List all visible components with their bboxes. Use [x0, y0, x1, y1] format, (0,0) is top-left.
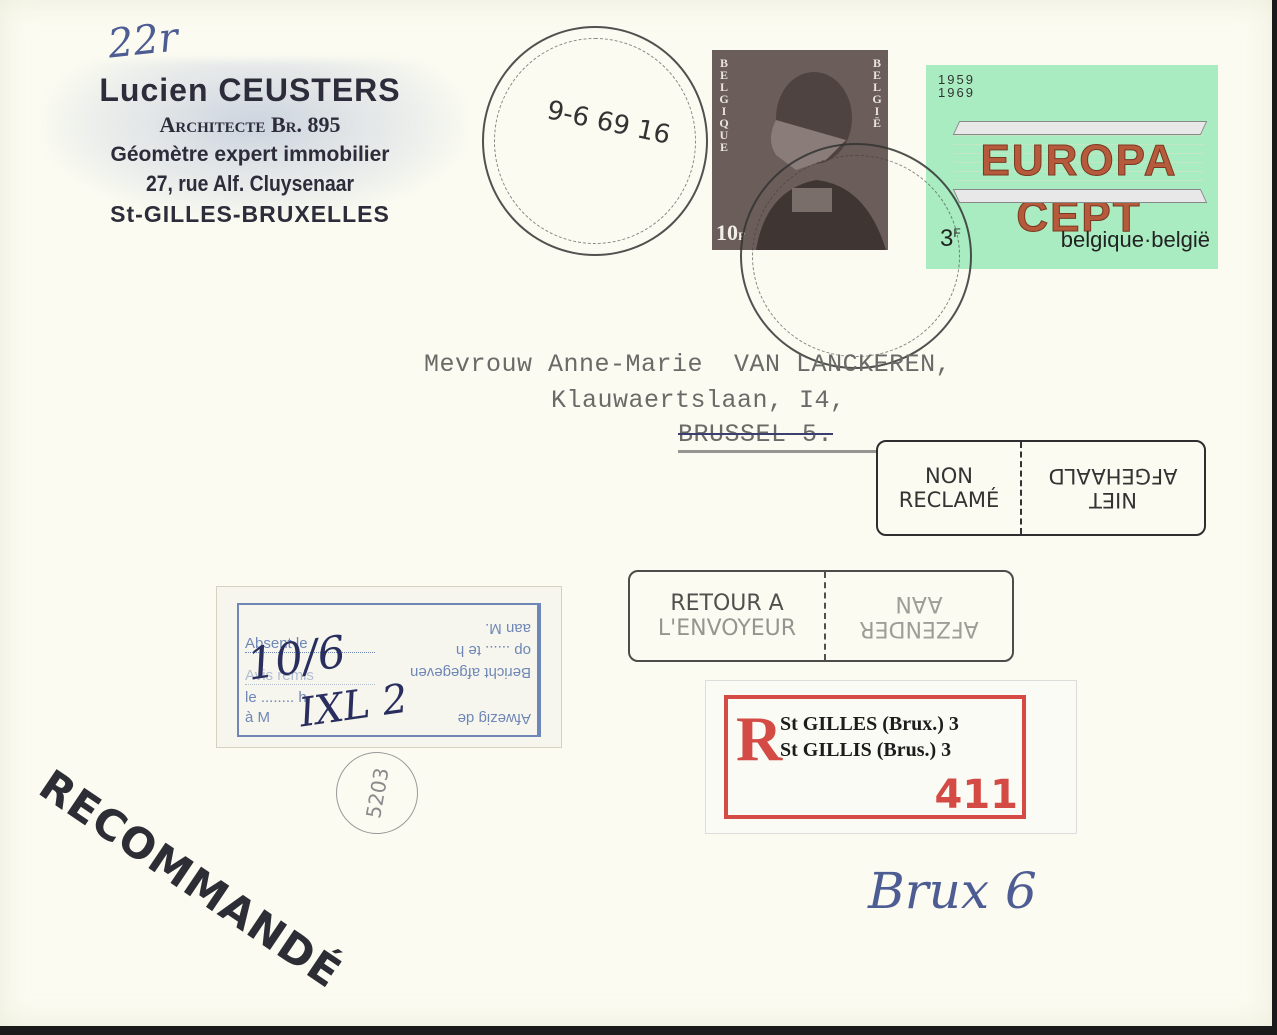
- stamp-years: 19591969: [938, 73, 975, 99]
- sender-address: 27, rue Alf. Cluysenaar: [70, 173, 431, 195]
- sender-stamp: Lucien CEUSTERS Architecte Br. 895 Géomè…: [45, 60, 455, 226]
- cachet-retour-envoyeur: RETOUR A L'ENVOYEUR AFZENDER AAN: [628, 570, 1014, 662]
- registration-label: R St GILLES (Brux.) 3 St GILLIS (Brus.) …: [705, 680, 1077, 834]
- temple-base-icon: [953, 189, 1208, 203]
- cachet-text: RETOUR A: [670, 591, 783, 616]
- cachet-non-reclame: NON RECLAMÉ NIET AFGEHAALD: [876, 440, 1206, 536]
- registration-letter: R: [736, 707, 782, 771]
- recipient-line-2: Klauwaertslaan, I4,: [551, 386, 846, 415]
- recipient-line-1: Mevrouw Anne-Marie VAN LANCKEREN,: [424, 350, 951, 379]
- stamp-europa-word: EUROPA CEPT: [954, 133, 1204, 189]
- recipient-line-3-struck: BRUSSEL 5.: [678, 420, 833, 449]
- cachet-text: AFGEHAALD: [1049, 464, 1178, 488]
- struck-underline: [678, 450, 878, 453]
- registration-frame: R St GILLES (Brux.) 3 St GILLIS (Brus.) …: [724, 695, 1026, 819]
- notice-nl-column: Afwezig de Bericht afgegeven op ...... t…: [388, 605, 539, 735]
- small-circle-mark: 5203: [336, 752, 418, 834]
- stamp-country-left: BELGIQUE: [716, 56, 731, 152]
- registration-office-fr: St GILLES (Brux.) 3: [780, 713, 959, 736]
- absence-notice-label: Absent le Avis remis le ........ h à M A…: [216, 586, 562, 748]
- postmark-1: 9-6 69 16: [482, 26, 708, 256]
- cachet-text: RECLAMÉ: [899, 488, 999, 512]
- cachet-text: AFZENDER: [859, 616, 978, 641]
- postmark-ring: [752, 155, 960, 357]
- registration-number: 411: [935, 775, 1019, 815]
- sender-city: St-GILLES-BRUXELLES: [45, 203, 455, 226]
- sender-title: Géomètre expert immobilier: [45, 144, 455, 165]
- stamp-country: belgique·belgië: [1061, 227, 1210, 253]
- cachet-text: NON: [925, 464, 973, 488]
- postmark-2: [740, 143, 972, 369]
- sender-profession: Architecte Br. 895: [45, 114, 455, 136]
- envelope: 22r Lucien CEUSTERS Architecte Br. 895 G…: [0, 0, 1272, 1026]
- sender-name: Lucien CEUSTERS: [45, 74, 455, 106]
- recommande-stamp: RECOMMANDÉ: [31, 760, 351, 998]
- registration-office-nl: St GILLIS (Brus.) 3: [780, 739, 951, 762]
- cachet-text: NIET: [1089, 488, 1137, 512]
- handwritten-redirect: Brux 6: [868, 862, 1037, 920]
- cachet-text: L'ENVOYEUR: [658, 616, 796, 641]
- cachet-text: AAN: [895, 591, 942, 616]
